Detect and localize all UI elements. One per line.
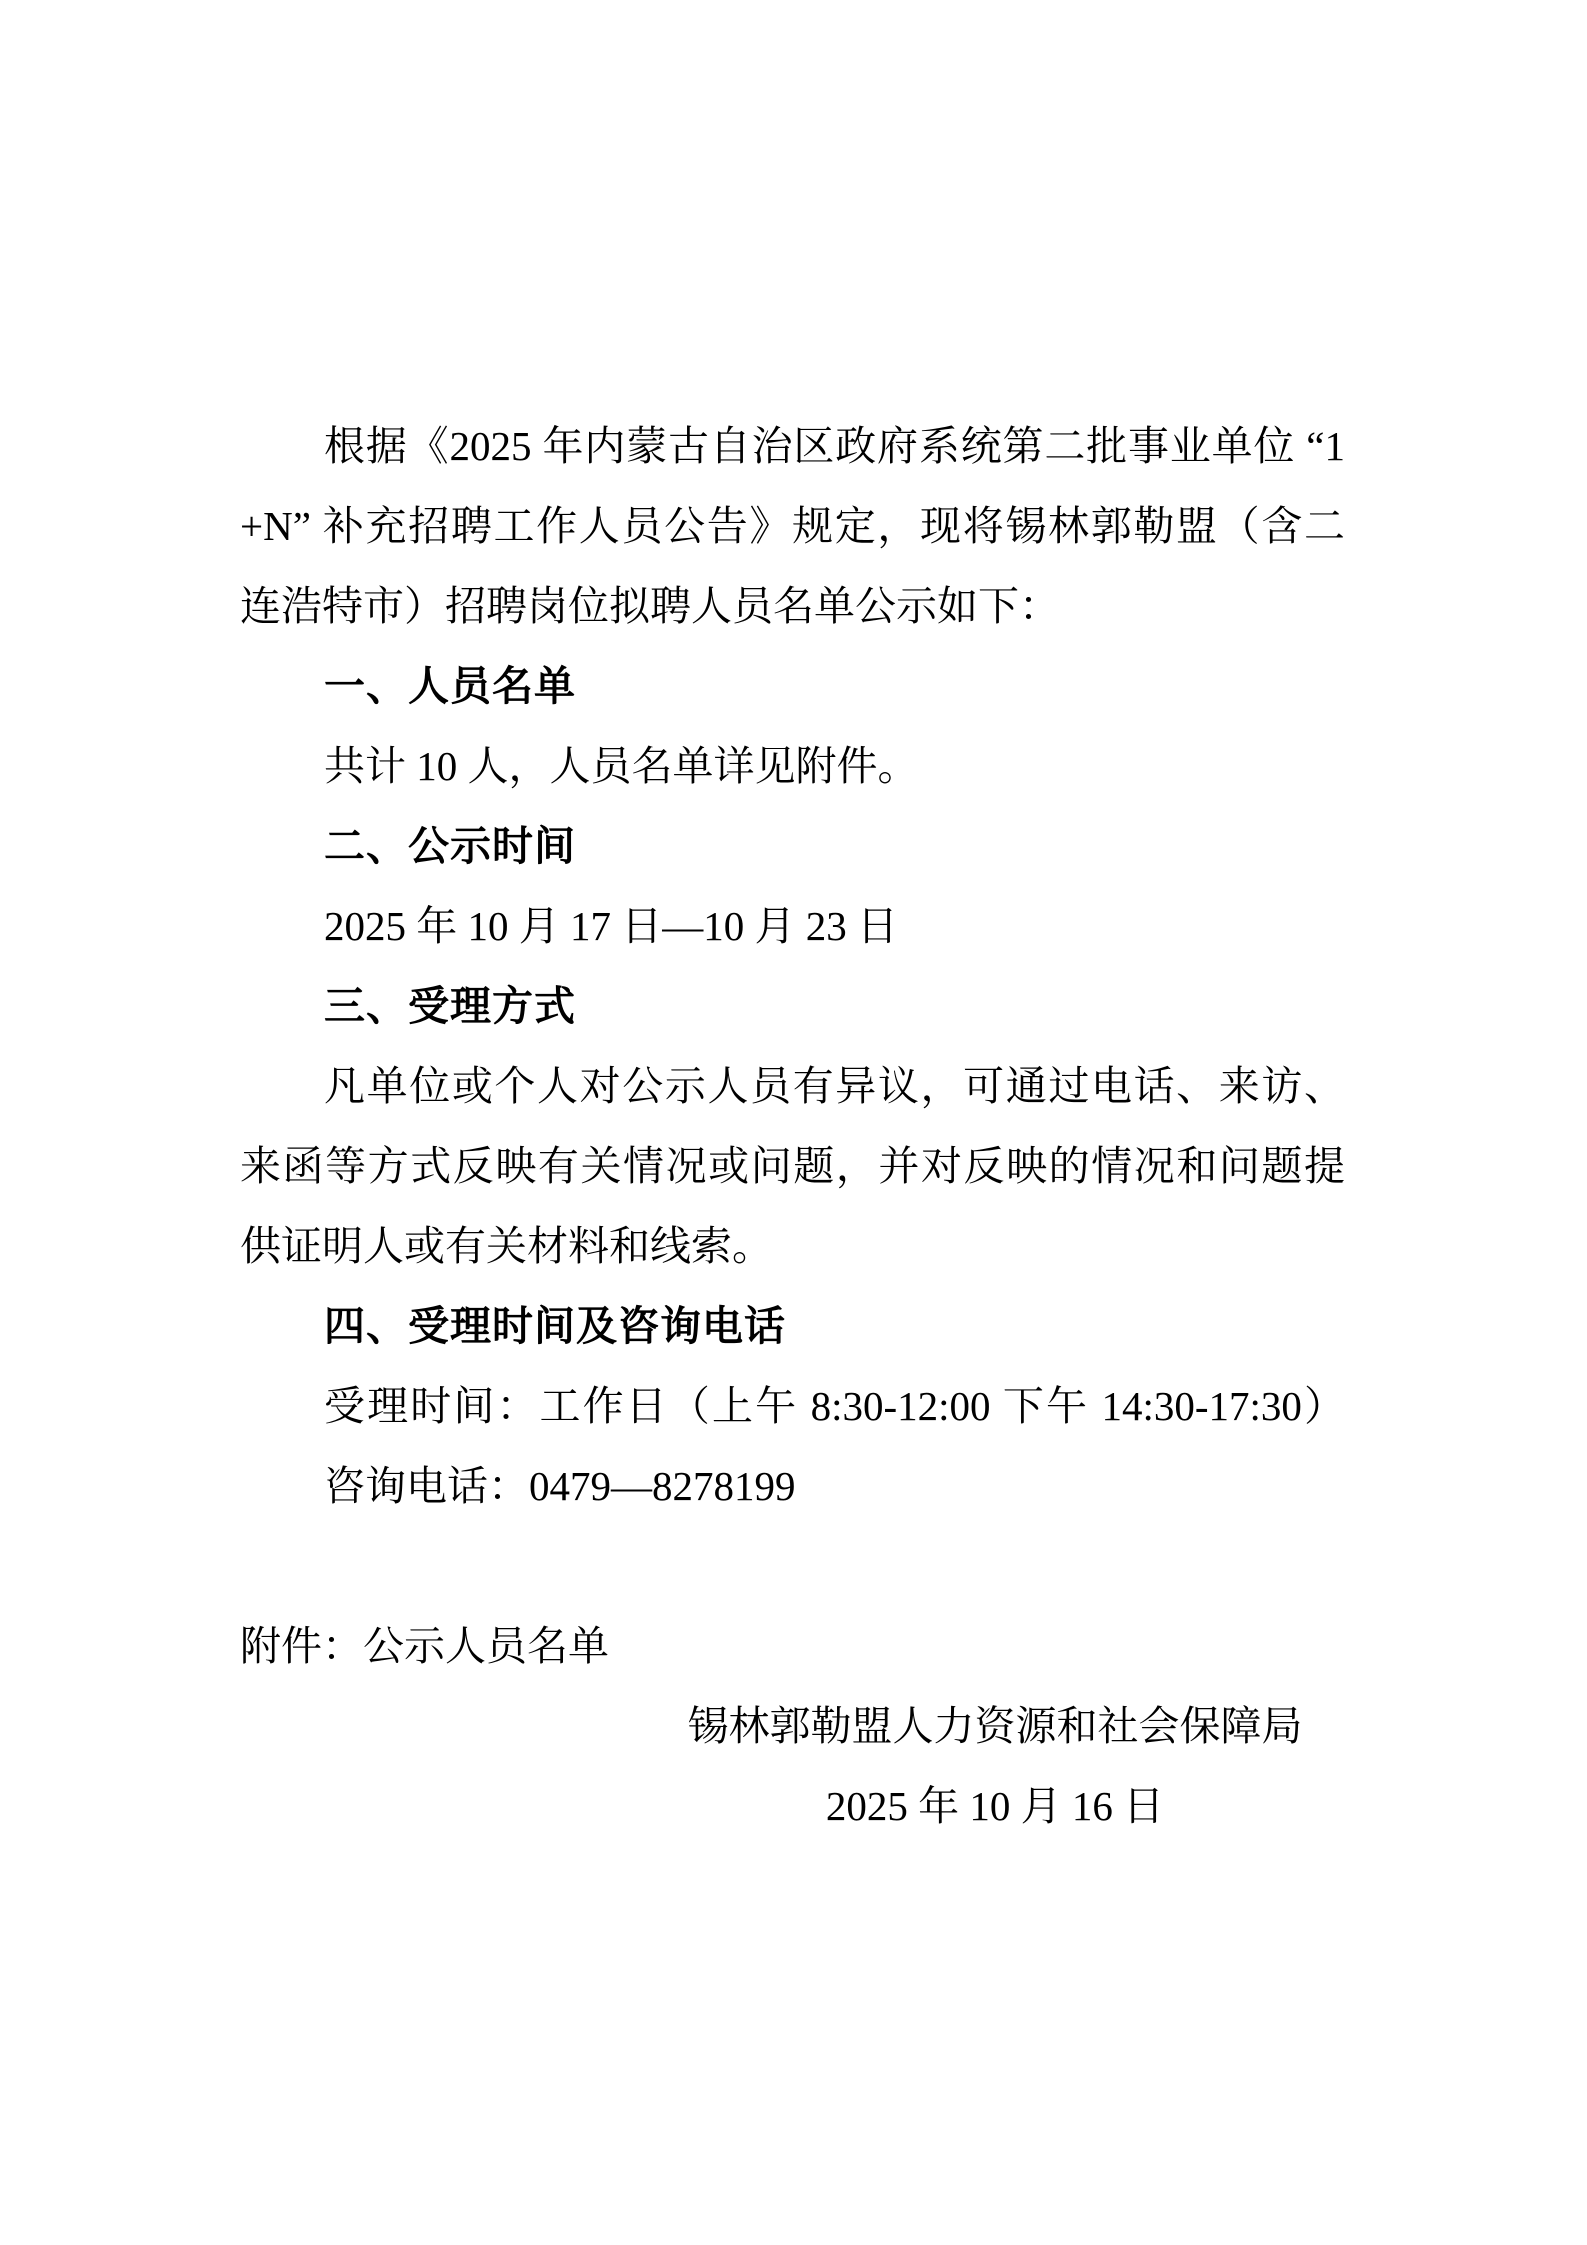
announcement-body: 根据《2025 年内蒙古自治区政府系统第二批事业单位 “1 +N” 补充招聘工作… (240, 406, 1345, 1846)
section-4-body-line-1: 受理时间：工作日（上午 8:30-12:00 下午 14:30-17:30） (240, 1366, 1345, 1446)
issuer-name: 锡林郭勒盟人力资源和社会保障局 (645, 1686, 1345, 1766)
blank-line (240, 1526, 1345, 1606)
signature-block: 锡林郭勒盟人力资源和社会保障局 2025 年 10 月 16 日 (645, 1686, 1345, 1846)
section-1-body-line-1: 共计 10 人，人员名单详见附件。 (240, 726, 1345, 806)
issue-date: 2025 年 10 月 16 日 (645, 1766, 1345, 1846)
document-page: 根据《2025 年内蒙古自治区政府系统第二批事业单位 “1 +N” 补充招聘工作… (0, 0, 1587, 2245)
section-2-body-line-1: 2025 年 10 月 17 日—10 月 23 日 (240, 886, 1345, 966)
section-2-heading: 二、公示时间 (240, 806, 1345, 886)
section-3-heading: 三、受理方式 (240, 966, 1345, 1046)
section-3-body-line-3: 供证明人或有关材料和线索。 (240, 1206, 1345, 1286)
attachment-note: 附件：公示人员名单 (240, 1606, 1345, 1686)
intro-line-1: 根据《2025 年内蒙古自治区政府系统第二批事业单位 “1 (240, 406, 1345, 486)
intro-line-3: 连浩特市）招聘岗位拟聘人员名单公示如下： (240, 566, 1345, 646)
section-3-body-line-1: 凡单位或个人对公示人员有异议，可通过电话、来访、 (240, 1046, 1345, 1126)
section-4-body-line-2: 咨询电话：0479—8278199 (240, 1446, 1345, 1526)
section-3-body-line-2: 来函等方式反映有关情况或问题，并对反映的情况和问题提 (240, 1126, 1345, 1206)
intro-line-2: +N” 补充招聘工作人员公告》规定，现将锡林郭勒盟（含二 (240, 486, 1345, 566)
section-4-heading: 四、受理时间及咨询电话 (240, 1286, 1345, 1366)
section-1-heading: 一、人员名单 (240, 646, 1345, 726)
